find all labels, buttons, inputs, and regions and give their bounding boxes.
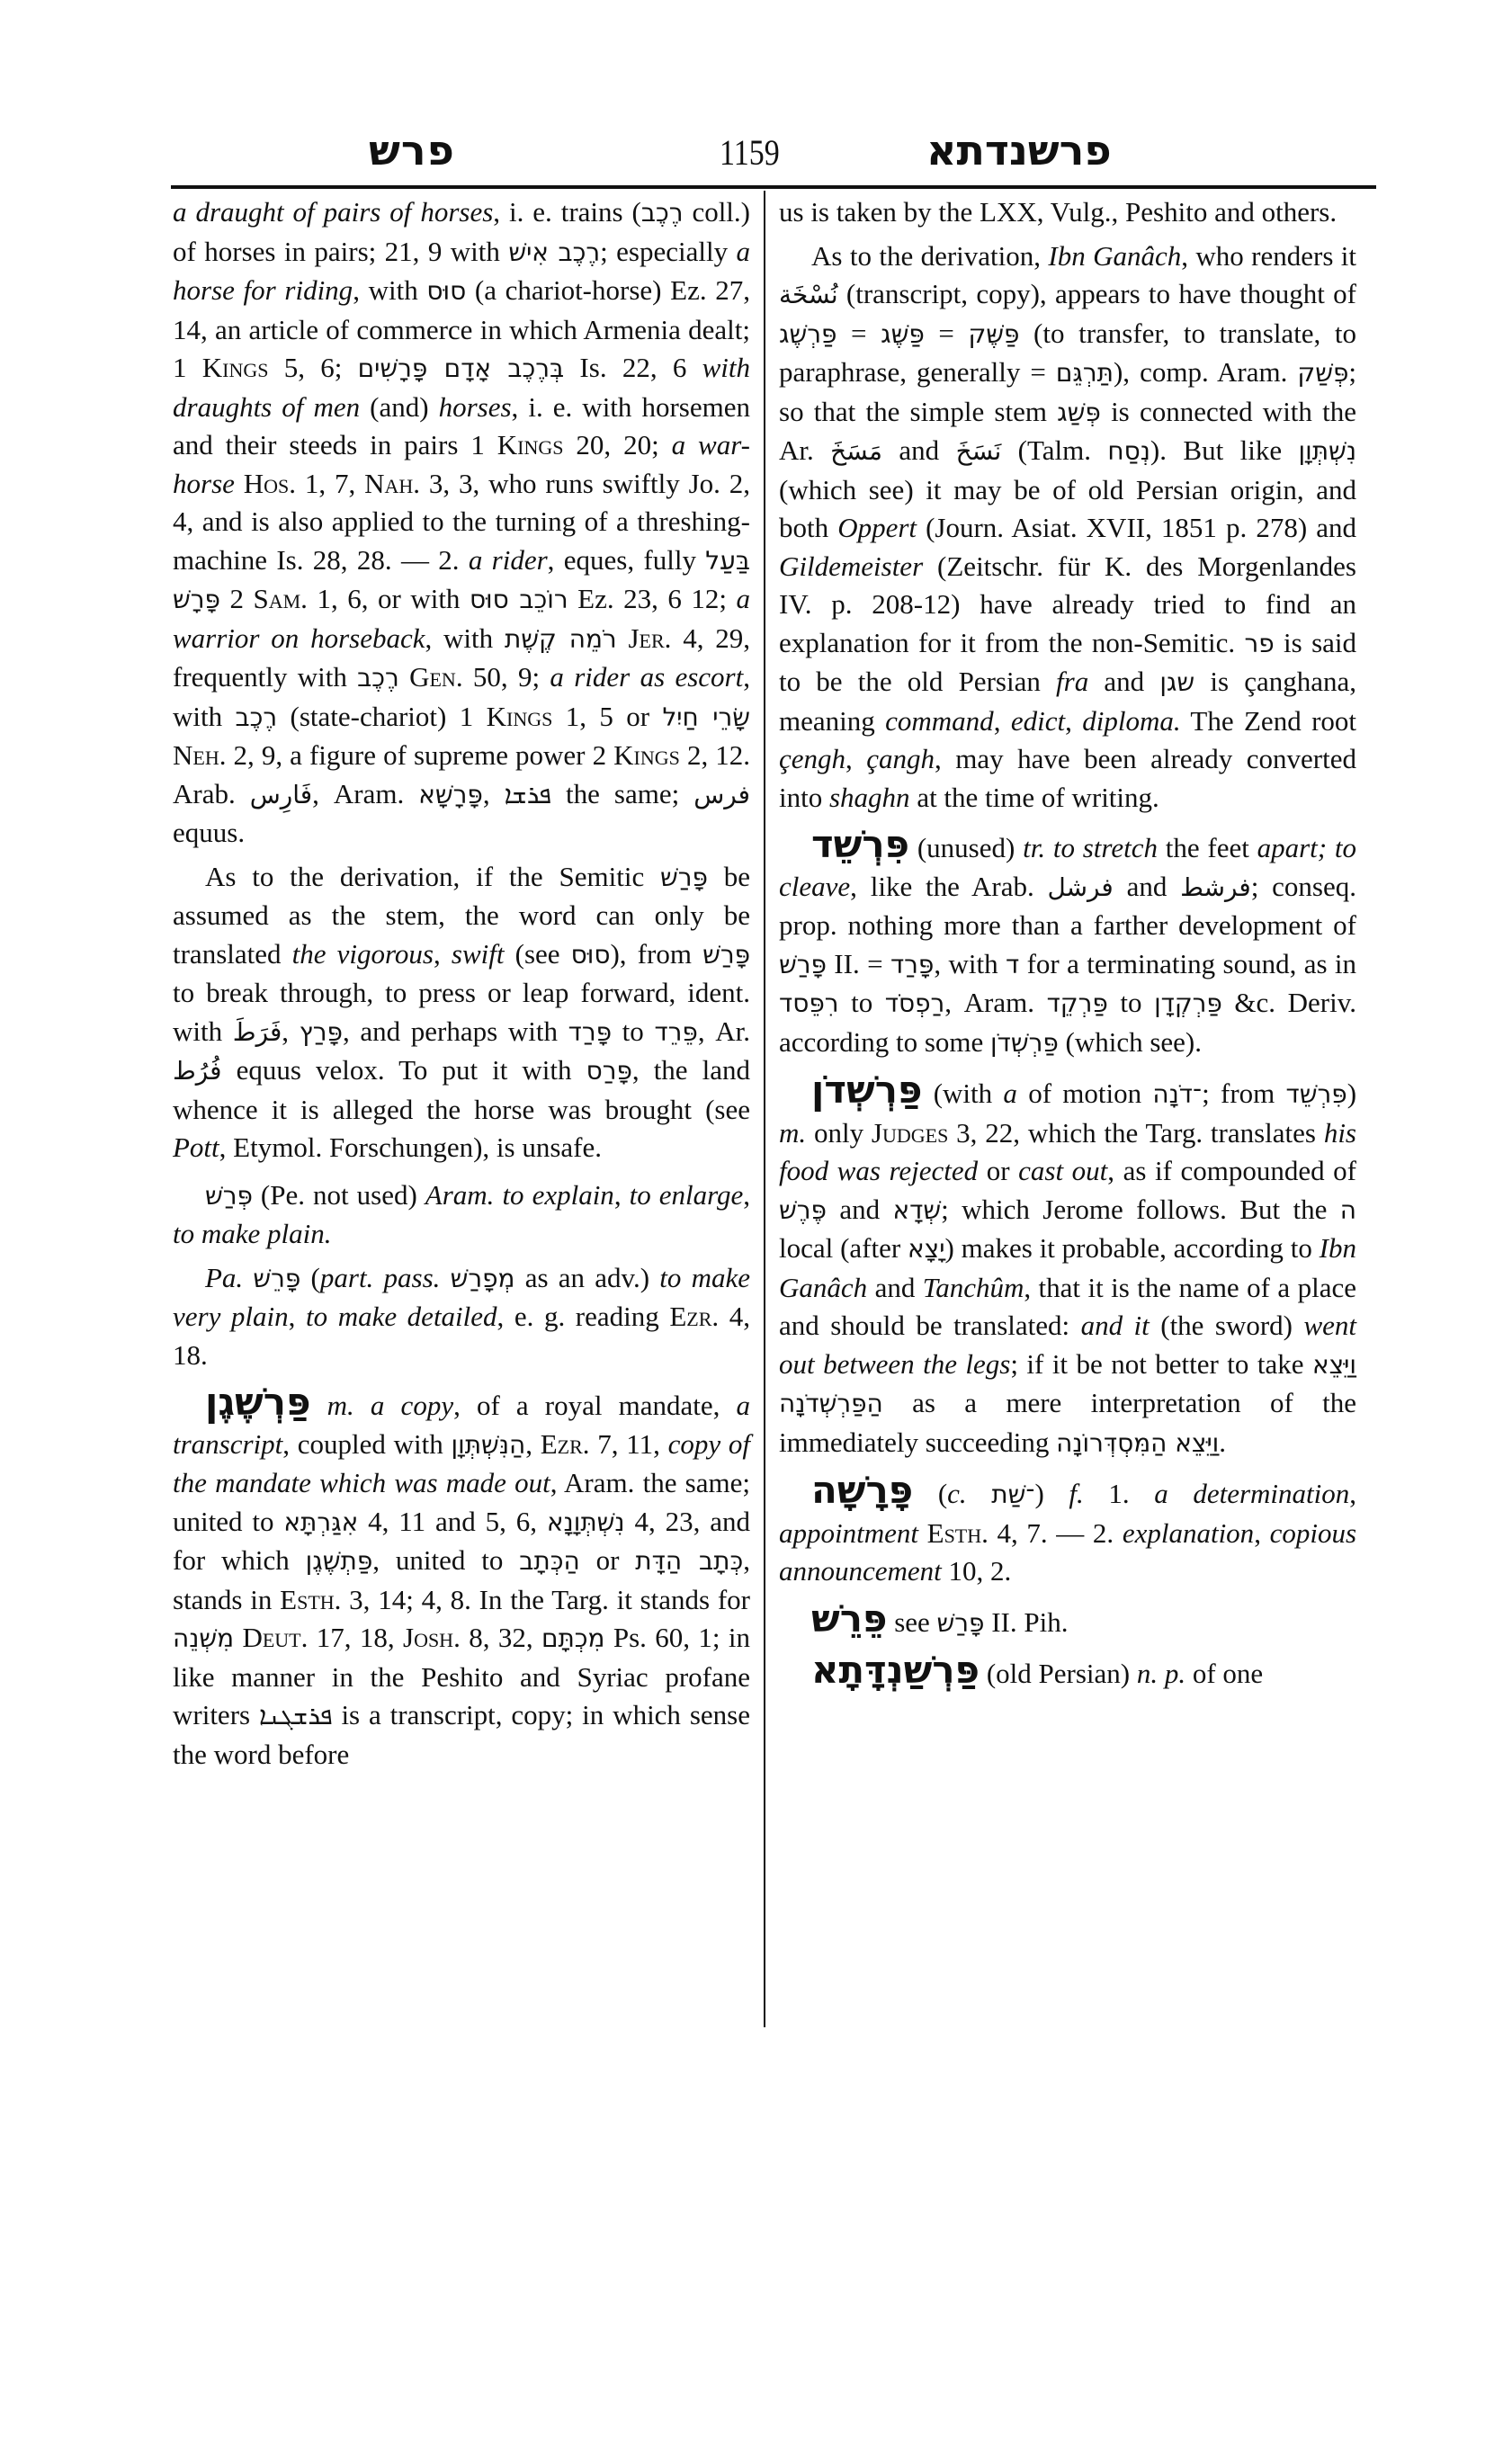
text-run: ), from: [610, 938, 702, 970]
header-rule: [171, 185, 1376, 189]
italic-gloss: to make plain.: [173, 1218, 332, 1249]
italic-gloss: swift: [452, 938, 505, 970]
text-run: local (after: [779, 1232, 908, 1264]
paragraph-q5: פָּרָשָׁה (c. ־שַׁת) f. 1. a determinati…: [779, 1471, 1356, 1591]
italic-gloss: c.: [947, 1478, 967, 1509]
text-run: [311, 1390, 327, 1421]
text-run: 3, 14; 4, 8. In the Targ. it stands for: [341, 1584, 750, 1615]
italic-gloss: appointment: [779, 1517, 918, 1549]
hebrew-word: ־שַׁת: [991, 1480, 1034, 1509]
hebrew-word: פֶּרֶשׁ: [779, 1195, 827, 1225]
entry-headword: פַּרְשְׁדֹן: [811, 1068, 922, 1112]
book-reference: Nah.: [364, 468, 420, 499]
text-run: 1, 6, or with: [308, 583, 470, 614]
text-run: ,: [1254, 1517, 1269, 1549]
text-run: , i. e. trains (: [493, 196, 641, 228]
italic-gloss: the vigorous: [292, 938, 434, 970]
text-run: (Talm.: [1001, 434, 1107, 466]
text-run: 3, 22, which the Targ. translates: [948, 1117, 1323, 1149]
hebrew-word: תַּרְגֵּם: [1056, 358, 1114, 388]
hebrew-word: פַּרְקֵד: [1047, 988, 1108, 1018]
text-run: ,: [845, 743, 866, 774]
text-run: (transcript, copy), appears to have thou…: [838, 278, 1356, 309]
italic-gloss: Tanchûm: [923, 1272, 1024, 1303]
book-reference: Esth.: [280, 1584, 341, 1615]
italic-gloss: cast out: [1018, 1155, 1107, 1186]
text-run: , united to: [372, 1544, 519, 1576]
paragraph-p4: Pa. פָּרֵשׁ (part. pass. מְפָרַשׁ as an …: [173, 1259, 750, 1375]
text-run: =: [837, 317, 881, 349]
arabic-syriac-word: مَسَخَ: [830, 436, 882, 466]
text-run: and: [867, 1272, 923, 1303]
book-reference: Kings: [487, 701, 553, 732]
hebrew-word: פָּרַד: [568, 1017, 612, 1047]
text-run: (see: [504, 938, 570, 970]
italic-gloss: to enlarge: [630, 1179, 744, 1211]
text-run: the feet: [1158, 832, 1257, 863]
text-run: , who renders it: [1181, 240, 1356, 272]
paragraph-q4: פַּרְשְׁדֹן (with a of motion ־דֹנָה; fr…: [779, 1071, 1356, 1462]
text-run: the same;: [551, 778, 693, 809]
italic-gloss: edict: [1011, 705, 1065, 737]
book-reference: Ezr.: [541, 1428, 590, 1460]
text-run: as an adv.): [515, 1262, 660, 1293]
left-running-headword: פרש: [369, 126, 455, 174]
text-run: only: [806, 1117, 872, 1149]
text-run: of one: [1185, 1658, 1263, 1689]
italic-gloss: Gildemeister: [779, 550, 923, 582]
text-run: 4, 7. — 2.: [989, 1517, 1123, 1549]
text-run: [440, 1262, 450, 1293]
text-run: ,: [614, 1179, 630, 1211]
text-run: (which see).: [1059, 1026, 1202, 1058]
hebrew-word: פר: [1245, 629, 1275, 658]
text-run: ,: [483, 778, 505, 809]
text-run: 7, 11,: [590, 1428, 668, 1460]
hebrew-word: סוּס: [571, 940, 611, 970]
book-reference: Kings: [613, 739, 680, 771]
hebrew-word: נִשְׁתְּוָן: [1299, 436, 1356, 466]
italic-gloss: and it: [1081, 1310, 1150, 1341]
text-run: [617, 622, 629, 654]
text-run: and: [827, 1194, 893, 1225]
paragraph-q3: פִּרְשֵׁד (unused) tr. to stretch the fe…: [779, 826, 1356, 1062]
arabic-syriac-word: فرشل: [1048, 872, 1114, 902]
dictionary-page: פרש 1159 פרשנדתא a draught of pairs of h…: [0, 0, 1512, 2450]
right-running-headword: פרשנדתא: [926, 126, 1112, 174]
text-run: , with: [353, 274, 426, 306]
paragraph-p3: פְּרַשׁ (Pe. not used) Aram. to explain,…: [173, 1176, 750, 1254]
hebrew-word: פָּרַשׁ: [937, 1608, 985, 1638]
text-run: ,: [282, 1015, 299, 1047]
text-run: (Pe. not used): [253, 1179, 425, 1211]
text-run: 20, 20;: [563, 429, 671, 460]
hebrew-word: פָּרַשׁ: [702, 940, 750, 970]
hebrew-word: פִּרְשֵׁד: [1286, 1079, 1347, 1109]
text-run: to: [839, 987, 885, 1018]
text-run: ; which Jerome follows. But the: [941, 1194, 1340, 1225]
hebrew-word: נִשְׁתְּוָנָא: [547, 1507, 625, 1537]
text-run: ,: [994, 705, 1011, 737]
book-reference: Kings: [202, 352, 269, 383]
text-run: As to the derivation,: [811, 240, 1048, 272]
hebrew-word: פְּרַשׁ: [205, 1181, 253, 1211]
italic-gloss: n. p.: [1137, 1658, 1185, 1689]
book-reference: Gen.: [409, 661, 462, 693]
book-reference: Jer.: [628, 622, 671, 654]
italic-gloss: Oppert: [837, 512, 917, 543]
hebrew-word: פָּרַס: [586, 1056, 632, 1086]
hebrew-word: רֶכֶב: [641, 198, 684, 228]
text-run: Ez. 23, 6 12;: [568, 583, 737, 614]
arabic-syriac-word: فُرُط: [173, 1056, 222, 1086]
text-run: for a terminating sound, as in: [1019, 948, 1356, 979]
book-reference: Sam.: [253, 583, 307, 614]
hebrew-word: שגן: [1159, 667, 1194, 697]
text-run: ; if it be not better to take: [1010, 1348, 1312, 1380]
text-run: [235, 468, 244, 499]
text-run: (with: [922, 1077, 1003, 1109]
text-run: (Journ. Asiat. XVII, 1851 p. 278) and: [917, 512, 1356, 543]
text-run: ), comp. Aram.: [1114, 356, 1297, 388]
text-run: 8, 32,: [461, 1622, 541, 1653]
paragraph-q2: As to the derivation, Ibn Ganâch, who re…: [779, 237, 1356, 818]
hebrew-word: הַכְּתָב: [519, 1546, 579, 1576]
italic-gloss: Aram. to explain: [425, 1179, 614, 1211]
entry-headword: פֵּרֵשׁ: [811, 1596, 887, 1641]
text-run: [399, 661, 409, 693]
book-reference: Ezr.: [669, 1301, 719, 1332]
text-run: (and): [360, 391, 439, 423]
italic-gloss: part. pass.: [320, 1262, 441, 1293]
text-run: =: [925, 317, 969, 349]
hebrew-word: רֶכֶב אִישׁ: [508, 237, 600, 267]
italic-gloss: a rider: [469, 544, 548, 576]
italic-gloss: tr. to stretch: [1023, 832, 1158, 863]
text-run: of motion: [1017, 1077, 1153, 1109]
paragraph-p5: פַּרְשֶׁגֶן m. a copy, of a royal mandat…: [173, 1383, 750, 1774]
text-run: 1, 5 or: [552, 701, 662, 732]
arabic-syriac-word: فرس: [693, 780, 750, 809]
text-run: II. Pih.: [984, 1606, 1068, 1638]
text-run: , with: [934, 948, 1006, 979]
book-reference: Deut.: [242, 1622, 308, 1653]
text-run: (: [913, 1478, 947, 1509]
hebrew-word: נְסַח: [1107, 436, 1150, 466]
hebrew-word: מְפָרַשׁ: [451, 1264, 515, 1293]
text-run: , Aram.: [312, 778, 418, 809]
text-run: , and perhaps with: [343, 1015, 568, 1047]
hebrew-word: פַּרְשֶׁג: [779, 319, 837, 349]
book-reference: Kings: [497, 429, 564, 460]
text-run: 1.: [1084, 1478, 1154, 1509]
text-run: (the sword): [1150, 1310, 1304, 1341]
hebrew-word: פָּרַשׁ: [779, 950, 827, 979]
text-run: ; from: [1202, 1077, 1285, 1109]
hebrew-word: יָצָא: [908, 1234, 944, 1264]
text-run: 2, 9, a figure of supreme power 2: [226, 739, 613, 771]
hebrew-word: רֶכֶב: [357, 663, 399, 693]
text-run: , e. g. reading: [497, 1301, 670, 1332]
text-run: (unused): [909, 832, 1023, 863]
hebrew-word: פַּשֶּׁג: [881, 319, 925, 349]
text-run: and: [1114, 871, 1180, 902]
italic-gloss: Pott: [173, 1131, 219, 1163]
text-run: ,: [525, 1428, 541, 1460]
paragraph-q7: פַּרְשַׁנְדָּתָא (old Persian) n. p. of …: [779, 1651, 1356, 1694]
book-reference: Josh.: [403, 1622, 461, 1653]
hebrew-word: שָׂרֵי חַיִל: [662, 702, 750, 732]
text-run: equus.: [173, 817, 245, 848]
hebrew-word: וַיֵּצֵא הַמִּסְדְּרוֹנָה: [1056, 1428, 1219, 1458]
text-run: .: [1219, 1426, 1226, 1458]
text-run: The Zend root: [1181, 705, 1356, 737]
text-run: , as if compounded of: [1107, 1155, 1356, 1186]
italic-gloss: a: [1003, 1077, 1017, 1109]
text-run: (: [300, 1262, 320, 1293]
hebrew-word: ד: [1006, 950, 1019, 979]
text-run: (state-chariot) 1: [277, 701, 486, 732]
book-reference: Hos.: [244, 468, 296, 499]
text-run: ,: [1065, 705, 1082, 737]
hebrew-word: פַּשֶּׁק: [968, 319, 1019, 349]
italic-gloss: Pa.: [205, 1262, 243, 1293]
text-run: at the time of writing.: [910, 782, 1159, 813]
text-run: ,: [1349, 1478, 1356, 1509]
text-run: ): [1034, 1478, 1069, 1509]
hebrew-word: כְּתָב הַדָּת: [635, 1546, 743, 1576]
page-number: 1159: [720, 131, 780, 174]
text-run: , with: [425, 622, 505, 654]
text-run: 1, 7,: [296, 468, 364, 499]
italic-gloss: a rider as escort: [550, 661, 743, 693]
paragraph-q1: us is taken by the LXX, Vulg., Peshito a…: [779, 193, 1356, 232]
text-run: 2: [220, 583, 254, 614]
italic-gloss: command: [885, 705, 994, 737]
italic-gloss: m. a copy: [327, 1390, 453, 1421]
entry-headword: פִּרְשֵׁד: [811, 822, 909, 866]
column-divider: [764, 191, 765, 2027]
text-run: 4, 11 and 5, 6,: [358, 1506, 547, 1537]
arabic-syriac-word: نَسَخَ: [956, 436, 1002, 466]
italic-gloss: explanation: [1123, 1517, 1254, 1549]
text-run: ,: [289, 1301, 306, 1332]
running-head: פרש 1159 פרשנדתא: [180, 126, 1381, 189]
italic-gloss: fra: [1056, 666, 1088, 697]
hebrew-word: מִשְׁנֵה: [173, 1623, 234, 1653]
italic-gloss: to make detailed: [306, 1301, 497, 1332]
book-reference: Neh.: [173, 739, 226, 771]
text-run: Is. 22, 6: [564, 352, 702, 383]
text-run: ; especially: [600, 236, 736, 267]
text-run: (old Persian): [980, 1658, 1137, 1689]
book-reference: Esth.: [927, 1517, 989, 1549]
text-run: ). But like: [1150, 434, 1299, 466]
text-run: ,: [743, 1179, 750, 1211]
text-run: us is taken by the LXX, Vulg., Peshito a…: [779, 196, 1337, 228]
text-run: , Aram.: [944, 987, 1046, 1018]
text-run: [243, 1262, 253, 1293]
hebrew-word: רוֹכֵב סוּס: [470, 585, 568, 614]
entry-headword: פָּרָשָׁה: [811, 1468, 913, 1512]
paragraph-p2: As to the derivation, if the Semitic פָּ…: [173, 858, 750, 1167]
hebrew-word: מִכְתָּם: [541, 1623, 605, 1653]
text-run: 17, 18,: [308, 1622, 403, 1653]
arabic-syriac-word: نُسْخَة: [779, 280, 838, 309]
text-run: , eques, fully: [548, 544, 706, 576]
hebrew-word: ־דֹנָה: [1152, 1079, 1202, 1109]
italic-gloss: horses: [439, 391, 512, 423]
text-run: 5, 6;: [269, 352, 358, 383]
text-run: , of a royal mandate,: [453, 1390, 736, 1421]
italic-gloss: f.: [1069, 1478, 1083, 1509]
hebrew-word: פָּרֵשׁ: [253, 1264, 300, 1293]
left-column: a draught of pairs of horses, i. e. trai…: [173, 193, 750, 1774]
text-run: As to the derivation, if the Semitic: [205, 861, 660, 892]
italic-gloss: m.: [779, 1117, 806, 1149]
hebrew-word: ה: [1340, 1195, 1356, 1225]
hebrew-word: הַנִּשְׁתְּוָן: [452, 1430, 526, 1460]
italic-gloss: a draught of pairs of horses: [173, 196, 493, 228]
hebrew-word: פְּשַׁג: [1057, 398, 1101, 427]
text-run: or: [978, 1155, 1018, 1186]
hebrew-word: פְּשַׁק: [1297, 358, 1348, 388]
text-run: to: [1108, 987, 1154, 1018]
text-run: , coupled with: [282, 1428, 451, 1460]
hebrew-word: פָּרַשׁ: [660, 863, 708, 892]
text-run: II. =: [827, 948, 890, 979]
text-run: [967, 1478, 992, 1509]
arabic-syriac-word: فَرَطَ: [233, 1017, 282, 1047]
entry-headword: פַּרְשֶׁגֶן: [205, 1380, 311, 1424]
italic-gloss: çengh: [779, 743, 845, 774]
hebrew-word: רַפְסֹד: [885, 988, 945, 1018]
italic-gloss: a determination: [1154, 1478, 1349, 1509]
hebrew-word: פָּרָשָׁא: [418, 780, 483, 809]
hebrew-word: סוּס: [426, 276, 466, 306]
hebrew-word: אִגַּרְתָּא: [283, 1507, 358, 1537]
text-run: or: [580, 1544, 636, 1576]
hebrew-word: פָּרַד: [890, 950, 934, 979]
text-run: to: [612, 1015, 654, 1047]
text-run: and: [1088, 666, 1159, 697]
book-reference: Judges: [872, 1117, 948, 1149]
hebrew-word: פַּרְקְדָן: [1154, 988, 1222, 1018]
arabic-syriac-word: فَارِس: [250, 780, 312, 809]
italic-gloss: shaghn: [829, 782, 910, 813]
arabic-syriac-word: ܦܪܫܐ: [505, 780, 551, 809]
text-run: , like the Arab.: [850, 871, 1047, 902]
text-run: , Ar.: [698, 1015, 750, 1047]
italic-gloss: diploma.: [1082, 705, 1180, 737]
text-run: 10, 2.: [942, 1555, 1012, 1587]
arabic-syriac-word: ܦܪܫܓܢܐ: [259, 1701, 333, 1730]
arabic-syriac-word: فرشط: [1180, 872, 1251, 902]
hebrew-word: רֶכֶב: [236, 702, 278, 732]
text-run: equus velox. To put it with: [222, 1054, 586, 1086]
italic-gloss: çangh: [866, 743, 935, 774]
text-run: ,: [434, 938, 452, 970]
text-run: , Etymol. Forschungen), is unsafe.: [219, 1131, 602, 1163]
hebrew-word: פַּתְשֶׁגֶן: [306, 1546, 373, 1576]
entry-headword: פַּרְשַׁנְדָּתָא: [811, 1648, 980, 1692]
hebrew-word: בְּרֶכֶב אָדָם פָּרָשִׁים: [358, 353, 565, 383]
hebrew-word: פָּרַץ: [300, 1017, 343, 1047]
italic-gloss: Ibn Ganâch: [1048, 240, 1181, 272]
paragraph-p1: a draught of pairs of horses, i. e. trai…: [173, 193, 750, 853]
text-run: 50, 9;: [463, 661, 550, 693]
hebrew-word: פַּרְשְׁדֹן: [990, 1028, 1059, 1058]
text-run: ) makes it probable, according to: [944, 1232, 1319, 1264]
text-run: ): [1347, 1077, 1356, 1109]
right-column: us is taken by the LXX, Vulg., Peshito a…: [779, 193, 1356, 1694]
hebrew-word: רִפֵּסד: [779, 988, 839, 1018]
text-run: and: [882, 434, 956, 466]
paragraph-q6: פֵּרֵשׁ see פָּרַשׁ II. Pih.: [779, 1600, 1356, 1643]
text-run: see: [887, 1606, 936, 1638]
hebrew-word: שְׁדָא: [892, 1195, 941, 1225]
hebrew-word: פֵּרֵד: [654, 1017, 697, 1047]
text-run: [918, 1517, 927, 1549]
hebrew-word: רֹמֵה קֶשֶׁת: [505, 624, 617, 654]
